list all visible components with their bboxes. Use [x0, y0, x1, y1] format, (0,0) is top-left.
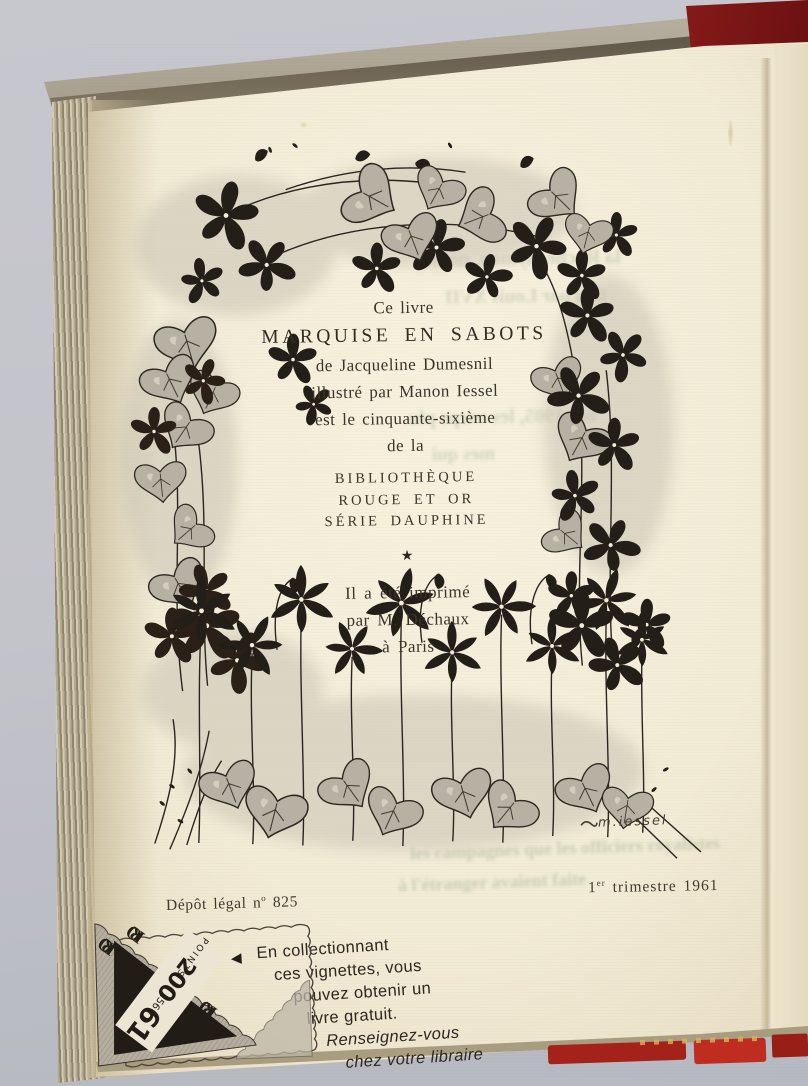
stamp-triangle: POINTS 200 156 61 RO RO RO	[89, 913, 257, 1066]
depot-sup: o	[261, 893, 266, 903]
book-title: MARQUISE EN SABOTS	[250, 319, 558, 353]
red-cover-bottom	[772, 1033, 808, 1057]
trimestre-sup: er	[597, 878, 606, 888]
of-the-line: de la	[251, 430, 559, 461]
ordinal-line: est le cinquante-sixième	[251, 403, 559, 434]
page-right-shade	[774, 44, 808, 1034]
foxing-spot	[728, 120, 733, 146]
stamp-ghost-triangle	[234, 980, 313, 1059]
printer-line-3: à Paris	[254, 630, 562, 661]
printer-line-1: Il a été imprimé	[253, 576, 561, 607]
star-ornament: ★	[253, 544, 561, 568]
trimestre-num: 1	[588, 879, 597, 896]
author-line: de Jacqueline Dumesnil	[250, 349, 558, 380]
points-stamp: POINTS 200 156 61 RO RO RO	[81, 908, 322, 1086]
stamp-monogram: RO	[123, 921, 149, 948]
colophon-text-block: Ce livre MARQUISE EN SABOTS de Jacquelin…	[249, 292, 562, 662]
colophon-intro: Ce livre	[249, 292, 557, 323]
trimestre-line: 1er trimestre 1961	[588, 876, 719, 897]
signature-text: m.iessel	[598, 813, 668, 830]
trimestre-rest: trimestre 1961	[612, 877, 718, 896]
signature-swash	[580, 818, 598, 829]
printer-line-2: par M. Déchaux	[254, 603, 562, 634]
book-photo: la Roche-Aymon, nomm tion par Louis XVII…	[0, 0, 808, 1086]
illustrator-line: illustré par Manon Iessel	[251, 376, 559, 407]
foxing-spot	[300, 122, 307, 128]
collection-name-3: SÉRIE DAUPHINE	[252, 509, 560, 535]
